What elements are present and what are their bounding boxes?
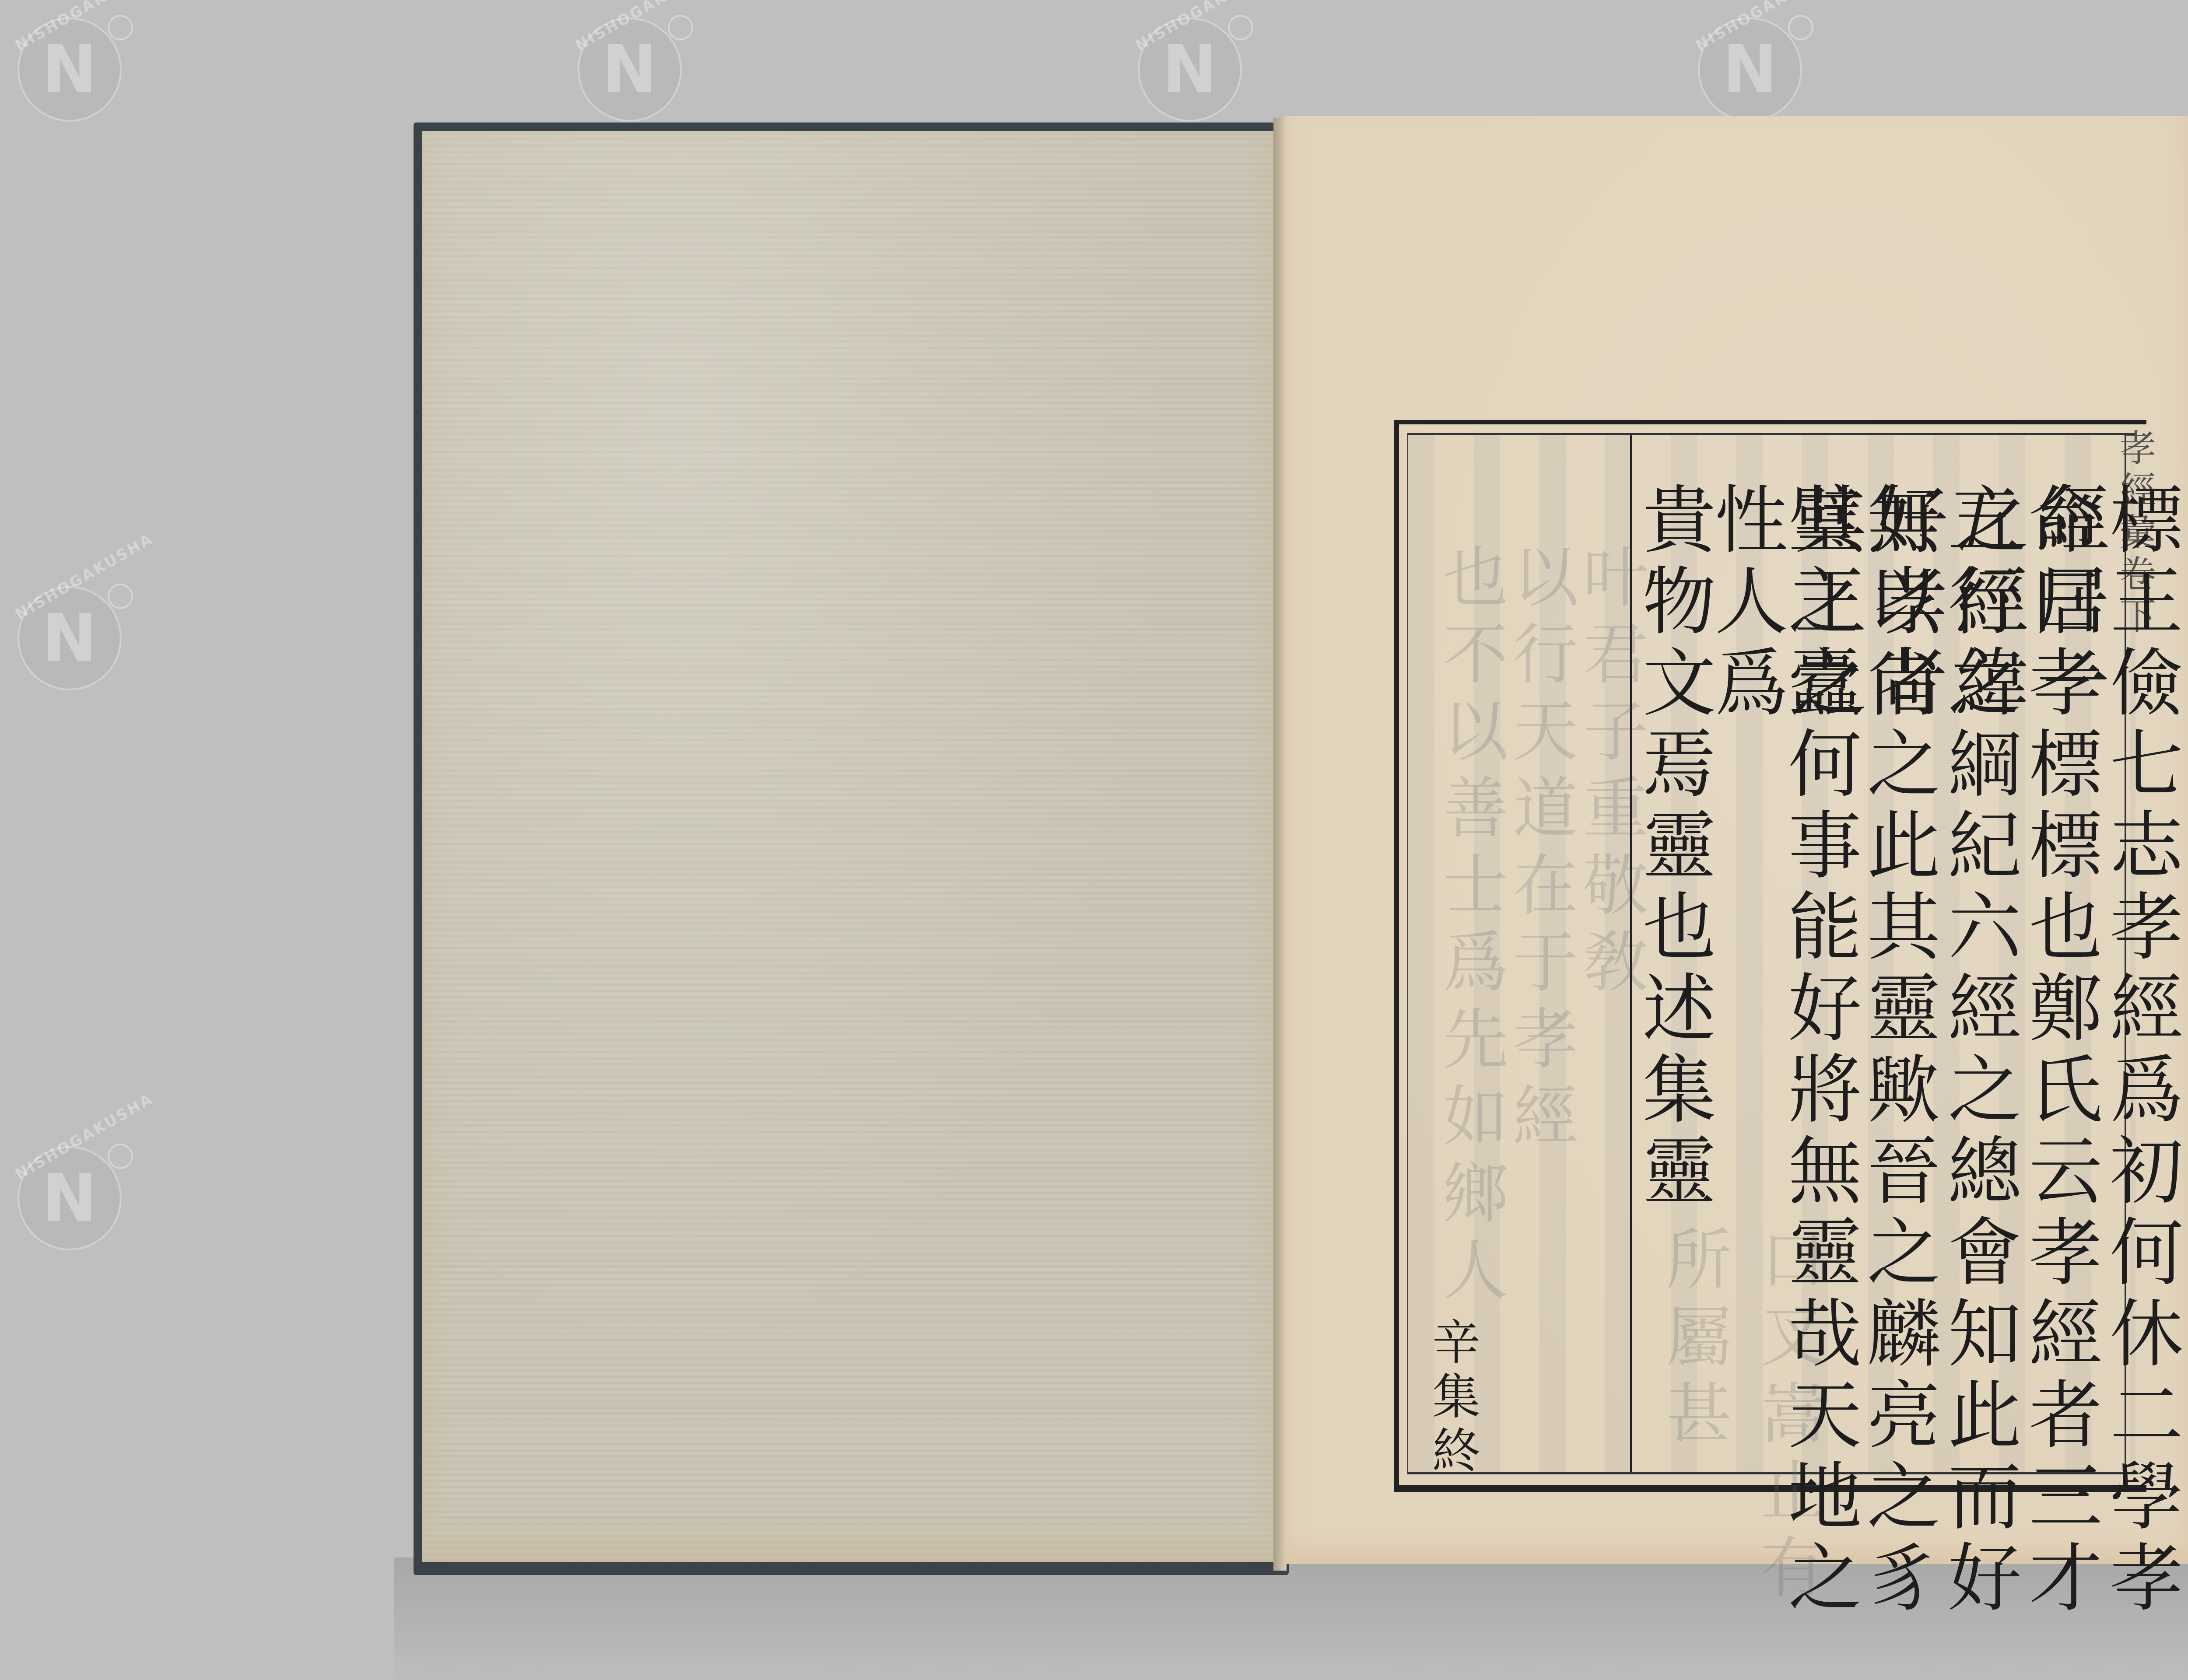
- watermark-dot-icon: [108, 1144, 133, 1169]
- watermark-label: NISHOGAKUSHA: [572, 0, 717, 55]
- watermark-logo-icon: NISHOGAKUSHAN: [18, 17, 122, 122]
- watermark-dot-icon: [668, 15, 693, 40]
- watermark-dot-icon: [108, 584, 133, 609]
- watermark-logo-icon: NISHOGAKUSHAN: [1138, 17, 1242, 122]
- watermark-dot-icon: [1228, 15, 1253, 40]
- volume-end-mark: 辛集終: [1418, 1317, 1487, 1480]
- watermark-glyph: N: [42, 605, 97, 671]
- watermark-dot-icon: [108, 15, 133, 40]
- watermark-glyph: N: [1162, 37, 1217, 102]
- watermark-label: NISHOGAKUSHA: [1133, 0, 1277, 55]
- watermark-label: NISHOGAKUSHA: [12, 0, 157, 55]
- watermark-logo-icon: NISHOGAKUSHAN: [578, 17, 682, 122]
- text-column-6: 貴物文焉靈也述集靈: [1637, 481, 1710, 1214]
- watermark-glyph: N: [42, 37, 97, 102]
- watermark-logo-icon: NISHOGAKUSHAN: [18, 1146, 122, 1250]
- watermark-logo-icon: NISHOGAKUSHAN: [18, 586, 122, 690]
- watermark-glyph: N: [1722, 37, 1778, 102]
- watermark-glyph: N: [42, 1165, 97, 1231]
- watermark-label: NISHOGAKUSHA: [1693, 0, 1837, 55]
- watermark-glyph: N: [602, 37, 657, 102]
- text-column-5: 璧之蠹何事能好將無靈哉天地之性人爲: [1709, 481, 1856, 1680]
- watermark-dot-icon: [1788, 15, 1813, 40]
- watermark-label: NISHOGAKUSHA: [12, 530, 157, 623]
- watermark-label: NISHOGAKUSHA: [12, 1090, 157, 1183]
- watermark-logo-icon: NISHOGAKUSHAN: [1698, 17, 1802, 122]
- left-page-blank: [422, 131, 1273, 1562]
